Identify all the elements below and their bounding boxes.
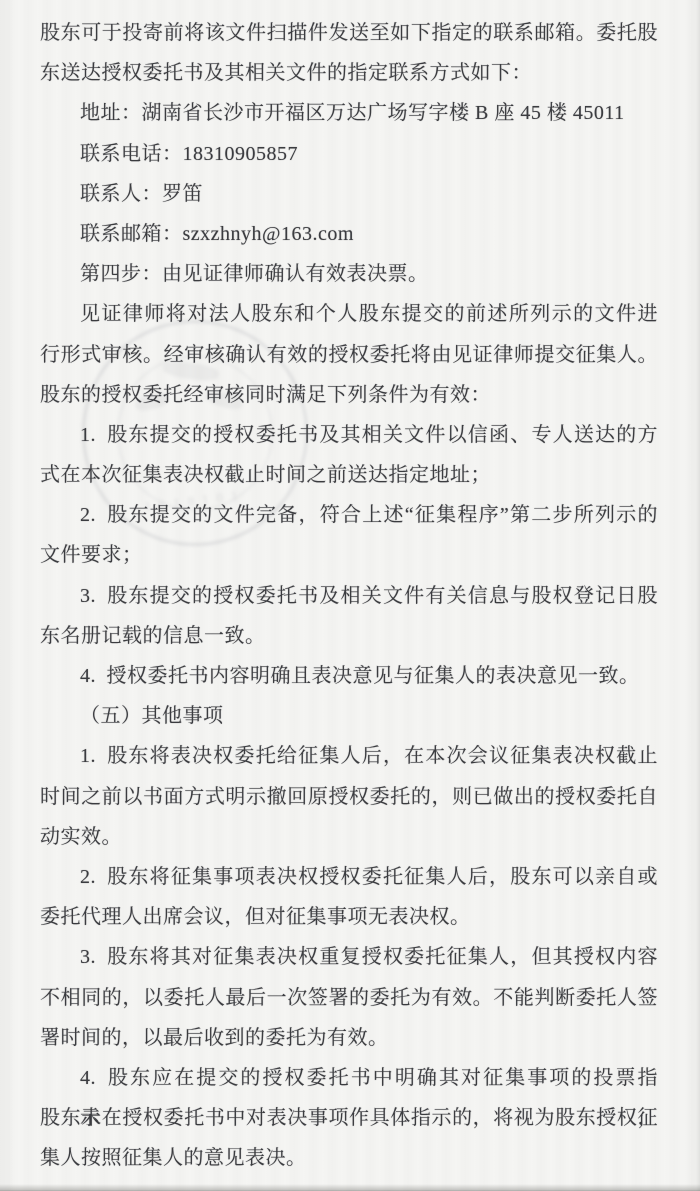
- text-line: 3. 股东将其对征集表决权重复授权委托征集人，但其授权内容: [40, 937, 658, 977]
- document-page: 1018101 股东可于投寄前将该文件扫描件发送至如下指定的联系邮箱。委托股 东…: [0, 0, 700, 1191]
- text-line: 东名册记载的信息一致。: [40, 616, 658, 656]
- text-line-email: 联系邮箱：szxzhnyh@163.com: [40, 214, 658, 254]
- text-line: 股东未在授权委托书中对表决事项作具体指示的，将视为股东授权征: [40, 1098, 658, 1138]
- text-line-section-heading: （五）其他事项: [40, 696, 658, 736]
- text-line-step-heading: 第四步：由见证律师确认有效表决票。: [40, 254, 658, 294]
- text-line: 式在本次征集表决权截止时间之前送达指定地址；: [40, 455, 658, 495]
- text-line-address: 地址：湖南省长沙市开福区万达广场写字楼 B 座 45 楼 45011: [40, 93, 658, 133]
- text-line: 1. 股东提交的授权委托书及其相关文件以信函、专人送达的方: [40, 415, 658, 455]
- text-line: 时间之前以书面方式明示撤回原授权委托的，则已做出的授权委托自: [40, 777, 658, 817]
- scan-bottom-edge: [0, 1184, 700, 1191]
- text-line: 2. 股东提交的文件完备，符合上述“征集程序”第二步所列示的: [40, 495, 658, 535]
- text-line: 不相同的，以委托人最后一次签署的委托为有效。不能判断委托人签: [40, 978, 658, 1018]
- text-line: 股东的授权委托经审核同时满足下列条件为有效：: [40, 375, 658, 415]
- scan-right-edge: [696, 0, 700, 1191]
- text-line: 行形式审核。经审核确认有效的授权委托将由见证律师提交征集人。: [40, 335, 658, 375]
- text-line: 见证律师将对法人股东和个人股东提交的前述所列示的文件进: [40, 294, 658, 334]
- text-line: 署时间的，以最后收到的委托为有效。: [40, 1018, 658, 1058]
- text-line: 股东可于投寄前将该文件扫描件发送至如下指定的联系邮箱。委托股: [40, 13, 658, 53]
- text-line-contact-person: 联系人：罗笛: [40, 174, 658, 214]
- text-line: 3. 股东提交的授权委托书及相关文件有关信息与股权登记日股: [40, 576, 658, 616]
- text-line: 集人按照征集人的意见表决。: [40, 1138, 658, 1178]
- text-line: 2. 股东将征集事项表决权授权委托征集人后，股东可以亲自或: [40, 857, 658, 897]
- text-line: 4. 股东应在提交的授权委托书中明确其对征集事项的投票指示，: [40, 1058, 658, 1098]
- text-line: 东送达授权委托书及其相关文件的指定联系方式如下：: [40, 53, 658, 93]
- text-line: 动实效。: [40, 817, 658, 857]
- text-line: 文件要求；: [40, 535, 658, 575]
- text-line: 1. 股东将表决权委托给征集人后，在本次会议征集表决权截止: [40, 736, 658, 776]
- text-line-phone: 联系电话：18310905857: [40, 134, 658, 174]
- document-text: 股东可于投寄前将该文件扫描件发送至如下指定的联系邮箱。委托股 东送达授权委托书及…: [40, 13, 658, 1178]
- text-line: 委托代理人出席会议，但对征集事项无表决权。: [40, 897, 658, 937]
- text-line: 4. 授权委托书内容明确且表决意见与征集人的表决意见一致。: [40, 656, 658, 696]
